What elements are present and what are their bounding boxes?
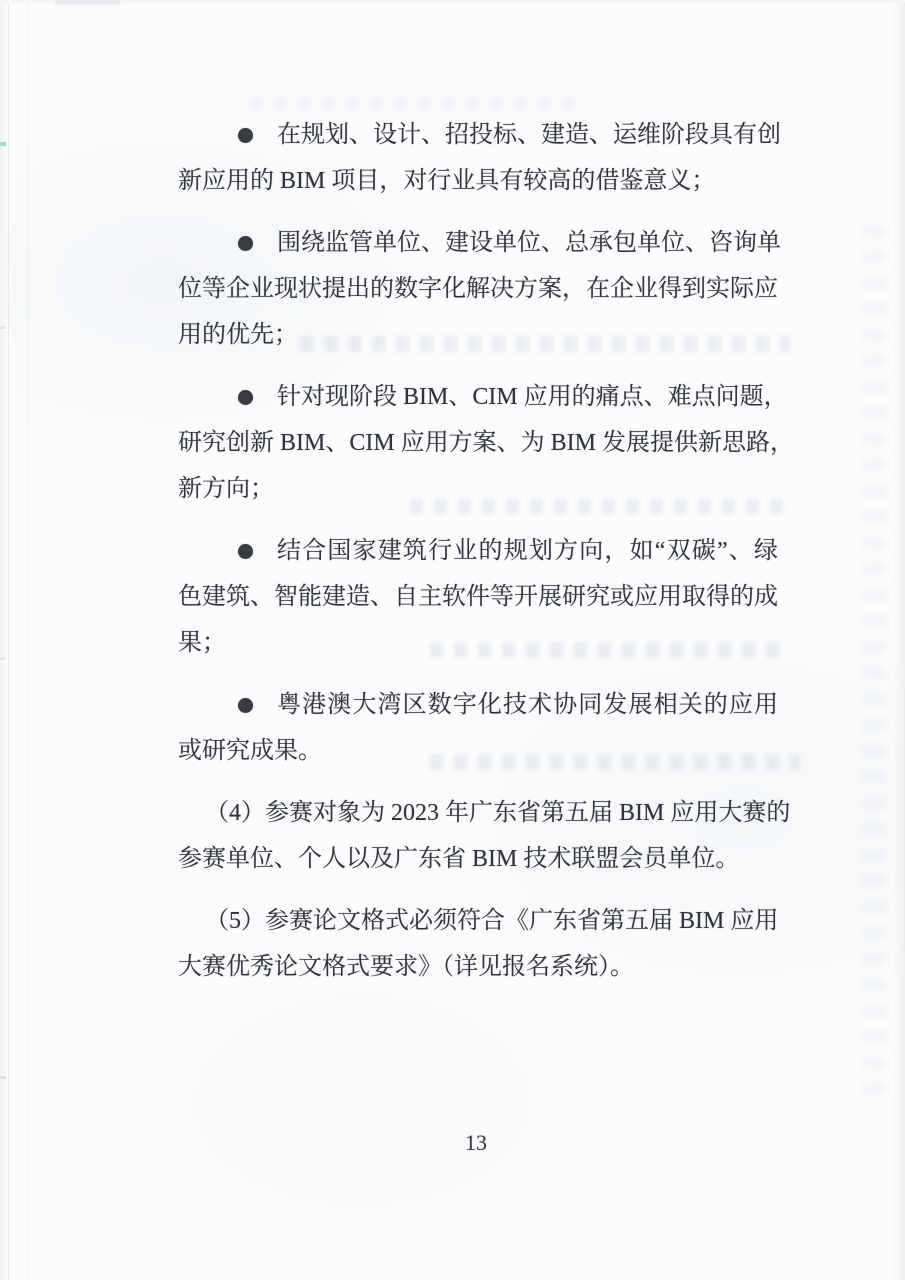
bullet-item-line: 结合国家建筑行业的规划方向，如“双碳”、绿: [178, 528, 778, 574]
bleedthrough-artifact: [250, 97, 580, 110]
bleedthrough-artifact: [862, 215, 886, 1095]
bullet-item-line: 在规划、设计、招投标、建造、运维阶段具有创: [178, 112, 778, 158]
paragraph-text: （5）参赛论文格式必须符合《广东省第五届 BIM 应用: [178, 898, 778, 944]
scan-smudge-artifact: [55, 0, 120, 5]
paragraph-text: （4）参赛对象为 2023 年广东省第五届 BIM 应用大赛的: [178, 790, 778, 836]
scanned-document-page: 在规划、设计、招投标、建造、运维阶段具有创 新应用的 BIM 项目，对行业具有较…: [0, 0, 905, 1280]
scan-line-artifact: [27, 0, 28, 1280]
bullet-icon: [238, 682, 254, 728]
bleedthrough-artifact: [300, 336, 790, 352]
bullet-item-line: 针对现阶段 BIM、CIM 应用的痛点、难点问题，: [178, 374, 778, 420]
bullet-item-text: 新应用的 BIM 项目，对行业具有较高的借鉴意义；: [178, 158, 778, 204]
bullet-item-text: 针对现阶段 BIM、CIM 应用的痛点、难点问题，: [277, 384, 788, 410]
bullet-icon: [238, 528, 254, 574]
page-number: 13: [416, 1128, 536, 1158]
scan-tick-artifact: [0, 1076, 6, 1079]
scan-tick-artifact: [0, 142, 6, 146]
bullet-item-line: 粤港澳大湾区数字化技术协同发展相关的应用: [178, 682, 778, 728]
paragraph-text: 大赛优秀论文格式要求》（详见报名系统）。: [178, 944, 778, 990]
bleedthrough-artifact: [410, 498, 790, 514]
bleedthrough-artifact: [430, 754, 800, 770]
bullet-item-text: 粤港澳大湾区数字化技术协同发展相关的应用: [277, 692, 778, 718]
scan-line-artifact: [8, 0, 9, 1280]
scan-edge-artifact: [0, 0, 7, 1280]
paragraph-text: 参赛单位、个人以及广东省 BIM 技术联盟会员单位。: [178, 836, 778, 882]
bullet-item-text: 色建筑、智能建造、自主软件等开展研究或应用取得的成: [178, 574, 778, 620]
bullet-item-line: 围绕监管单位、建设单位、总承包单位、咨询单: [178, 220, 778, 266]
bullet-icon: [238, 374, 254, 420]
scan-edge-artifact: [0, 0, 905, 3]
document-body: 在规划、设计、招投标、建造、运维阶段具有创 新应用的 BIM 项目，对行业具有较…: [178, 0, 778, 990]
scan-edge-artifact: [893, 0, 905, 1280]
bullet-icon: [238, 220, 254, 266]
bullet-item-text: 位等企业现状提出的数字化解决方案，在企业得到实际应: [178, 266, 778, 312]
bullet-item-text: 在规划、设计、招投标、建造、运维阶段具有创: [277, 122, 781, 148]
bullet-item-text: 结合国家建筑行业的规划方向，如“双碳”、绿: [277, 538, 778, 564]
scan-tick-artifact: [0, 657, 5, 660]
bullet-item-text: 研究创新 BIM、CIM 应用方案、为 BIM 发展提供新思路，: [178, 420, 778, 466]
bleedthrough-artifact: [430, 642, 790, 658]
scan-tick-artifact: [0, 326, 5, 329]
bullet-icon: [238, 112, 254, 158]
bullet-item-text: 围绕监管单位、建设单位、总承包单位、咨询单: [277, 230, 781, 256]
